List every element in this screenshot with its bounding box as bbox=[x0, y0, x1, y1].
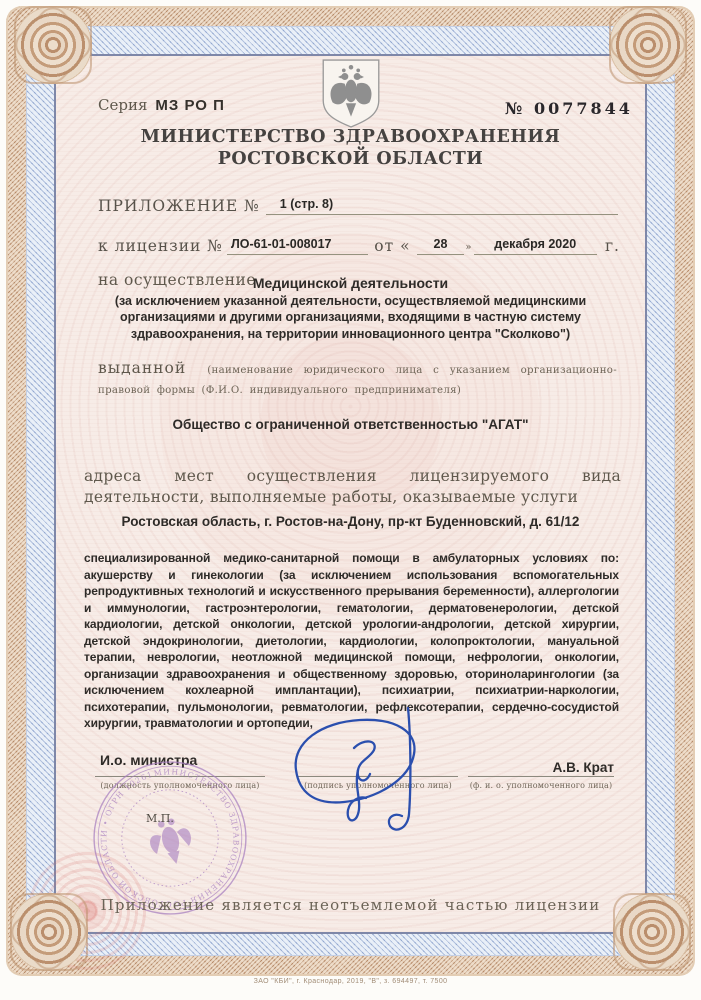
address-label: адреса мест осуществления лицензируемого… bbox=[84, 466, 621, 508]
ministry-title: МИНИСТЕРСТВО ЗДРАВООХРАНЕНИЯ РОСТОВСКОЙ … bbox=[60, 127, 641, 171]
date-day: 28 bbox=[434, 237, 448, 251]
date-month-line: декабря 2020 bbox=[474, 233, 597, 255]
signer-name: А.В. Крат bbox=[468, 760, 614, 775]
series-label: Серия bbox=[98, 96, 147, 114]
series-row: СерияМЗ РО П bbox=[98, 96, 225, 114]
date-day-line: 28 bbox=[417, 233, 465, 255]
appendix-value: 1 (стр. 8) bbox=[280, 197, 333, 211]
date-close-quote: » bbox=[464, 242, 473, 255]
date-month-year: декабря 2020 bbox=[494, 237, 576, 251]
document-number: № 0077844 bbox=[505, 99, 633, 118]
activity-note: (за исключением указанной деятельности, … bbox=[80, 293, 621, 342]
print-info: ЗАО "КБИ", г. Краснодар, 2019, "В", з. 6… bbox=[0, 978, 701, 985]
date-from-label: от « bbox=[368, 237, 416, 255]
license-label: к лицензии № bbox=[98, 237, 223, 255]
issued-label: выданной bbox=[98, 359, 186, 377]
stamp-mp-label: М.П. bbox=[146, 812, 174, 825]
appendix-label: ПРИЛОЖЕНИЕ № bbox=[98, 197, 260, 215]
coat-of-arms-icon bbox=[319, 57, 383, 129]
year-suffix: г. bbox=[597, 237, 620, 255]
series-value: МЗ РО П bbox=[155, 97, 224, 114]
corner-rosette-top-right bbox=[609, 6, 687, 84]
handwritten-signature-icon bbox=[262, 698, 452, 848]
signature-line-name bbox=[468, 776, 614, 777]
issued-block: выданной (наименование юридического лица… bbox=[98, 358, 617, 398]
ministry-title-line1: МИНИСТЕРСТВО ЗДРАВООХРАНЕНИЯ bbox=[60, 127, 641, 149]
license-number-line: ЛО-61-01-008017 bbox=[227, 233, 368, 255]
license-number: ЛО-61-01-008017 bbox=[231, 237, 332, 251]
corner-rosette-top-left bbox=[14, 6, 92, 84]
activity-title: Медицинской деятельности bbox=[0, 275, 701, 291]
caption-name: (ф. и. о. уполномоченного лица) bbox=[462, 781, 620, 790]
certificate-page: СерияМЗ РО П № 0077844 МИНИСТЕРСТВО ЗДРА… bbox=[0, 0, 701, 1000]
appendix-row: ПРИЛОЖЕНИЕ № 1 (стр. 8) bbox=[98, 193, 618, 215]
address-value: Ростовская область, г. Ростов-на-Дону, п… bbox=[0, 514, 701, 529]
organization-name: Общество с ограниченной ответственностью… bbox=[0, 417, 701, 432]
ministry-title-line2: РОСТОВСКОЙ ОБЛАСТИ bbox=[60, 149, 641, 171]
footer-note: Приложение является неотъемлемой частью … bbox=[0, 896, 701, 914]
appendix-line: 1 (стр. 8) bbox=[266, 193, 618, 215]
license-row: к лицензии № ЛО-61-01-008017 от « 28 » д… bbox=[98, 233, 620, 255]
